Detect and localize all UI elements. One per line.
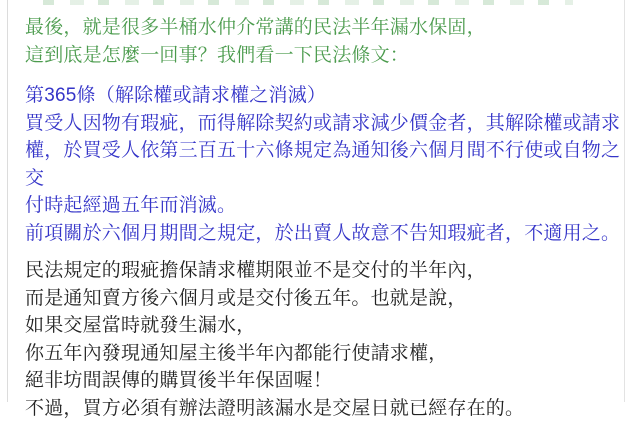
intro-paragraph: 最後，就是很多半桶水仲介常講的民法半年漏水保固， 這到底是怎麼一回事？我們看一下… [25,14,624,69]
analysis-paragraph: 民法規定的瑕疵擔保請求權期限並不是交付的半年內， 而是通知賣方後六個月或是交付後… [25,257,624,402]
statute-article-365-paragraph: 第365條（解除權或請求權之消滅） 買受人因物有瑕疵，而得解除契約或請求減少價金… [25,82,624,247]
content-column: 最後，就是很多半桶水仲介常講的民法半年漏水保固， 這到底是怎麼一回事？我們看一下… [7,0,625,402]
cropped-line-remnant [43,0,573,5]
